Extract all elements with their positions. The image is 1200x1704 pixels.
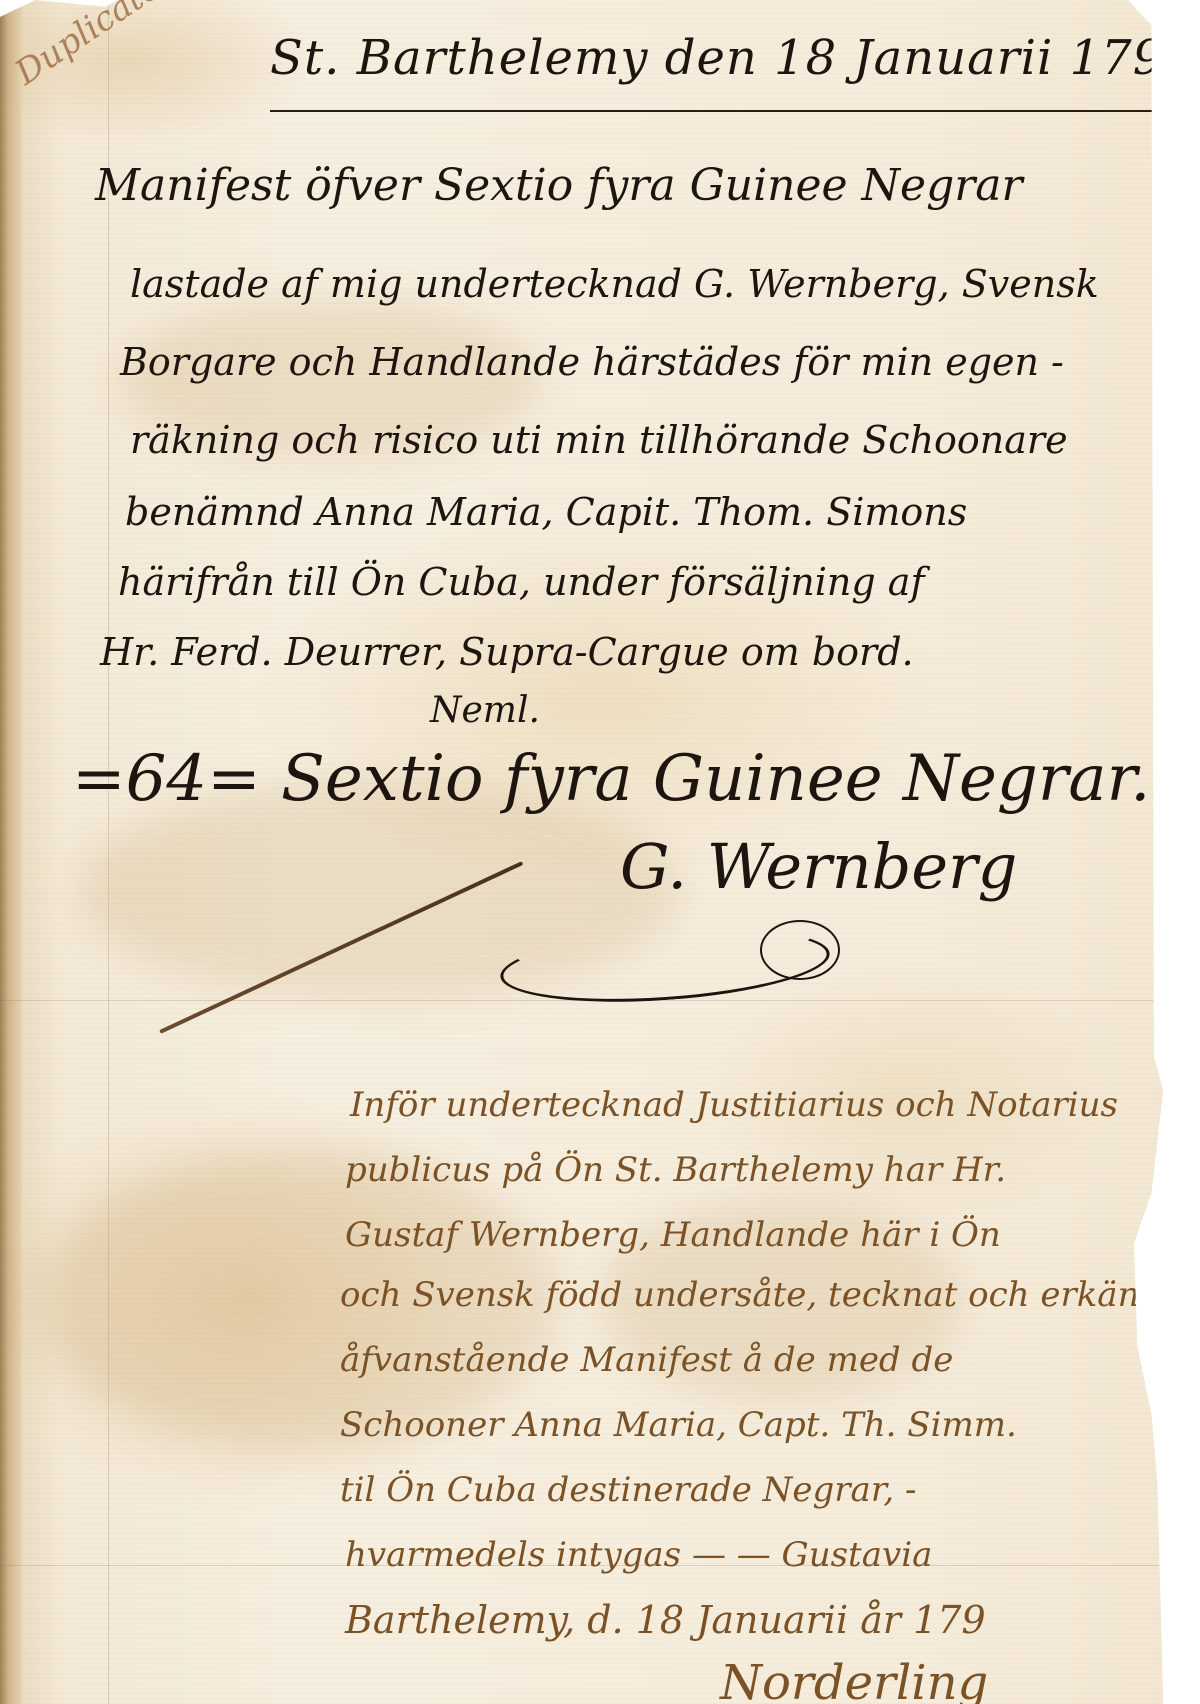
body-line-3: Borgare och Handlande härstädes för min …: [120, 340, 1064, 384]
attest-line-6: Schooner Anna Maria, Capt. Th. Simm.: [340, 1405, 1017, 1445]
header-underline: [270, 110, 1170, 112]
body-line-4: räkning och risico uti min tillhörande S…: [130, 418, 1068, 462]
attest-line-7: til Ön Cuba destinerade Negrar, -: [340, 1470, 916, 1510]
total-line: =64= Sextio fyra Guinee Negrar.: [72, 742, 1150, 816]
attest-line-4: och Svensk född undersåte, tecknat och e…: [340, 1275, 1153, 1315]
body-line-7: Hr. Ferd. Deurrer, Supra-Cargue om bord.: [100, 630, 914, 674]
header-place-date: St. Barthelemy den 18 Januarii 1797.: [270, 30, 1200, 86]
attest-line-5: åfvanstående Manifest å de med de: [340, 1340, 953, 1380]
body-line-5: benämnd Anna Maria, Capit. Thom. Simons: [125, 490, 967, 534]
signature-norderling: Norderling: [720, 1655, 988, 1704]
binding-spine: [0, 0, 22, 1704]
body-line-2: lastade af mig undertecknad G. Wernberg,…: [130, 262, 1099, 306]
attest-line-1: Inför undertecknad Justitiarius och Nota…: [350, 1085, 1118, 1125]
signature-wernberg: G. Wernberg: [620, 830, 1017, 903]
nomen-label: Neml.: [430, 690, 540, 731]
signature-flourish-loop: [760, 920, 840, 980]
attest-line-8: hvarmedels intygas — — Gustavia: [345, 1535, 932, 1575]
attest-line-9: Barthelemy, d. 18 Januarii år 179: [345, 1598, 986, 1642]
body-line-1: Manifest öfver Sextio fyra Guinee Negrar: [95, 160, 1023, 211]
attest-line-3: Gustaf Wernberg, Handlande här i Ön: [345, 1215, 1001, 1255]
margin-note-duplicate: Duplicate: [8, 0, 168, 93]
manuscript-page: Duplicate St. Barthelemy den 18 Januarii…: [0, 0, 1175, 1704]
body-line-6: härifrån till Ön Cuba, under försäljning…: [118, 560, 925, 604]
attest-line-2: publicus på Ön St. Barthelemy har Hr.: [345, 1150, 1006, 1190]
